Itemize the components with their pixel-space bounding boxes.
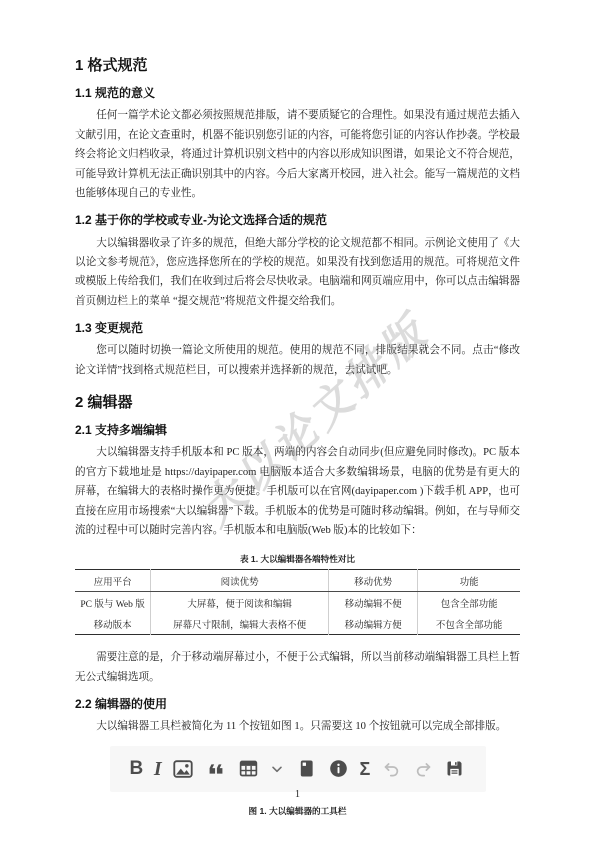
table-cell: 不包含全部功能 [418, 613, 520, 635]
book-icon [296, 757, 317, 781]
heading-section-2: 2 编辑器 [75, 393, 520, 413]
paragraph-1-2: 大以编辑器收录了许多的规范，但绝大部分学校的论文规范都不相同。示例论文使用了《大… [75, 234, 520, 312]
image-icon [172, 757, 194, 781]
comparison-table: 应用平台 阅读优势 移动优势 功能 PC 版与 Web 版 大屏幕，便于阅读和编… [75, 569, 520, 635]
figure-toolbar-image: B I [110, 746, 486, 792]
table-cell: 屏幕尺寸限制，编辑大表格不便 [151, 613, 329, 635]
table-header-mobility: 移动优势 [329, 570, 418, 592]
paragraph-after-table: 需要注意的是，介于移动端屏幕过小，不便于公式编辑，所以当前移动端编辑器工具栏上暂… [75, 648, 520, 687]
quote-icon [205, 757, 227, 781]
table-row: PC 版与 Web 版 大屏幕，便于阅读和编辑 移动编辑不便 包含全部功能 [75, 592, 520, 614]
table-cell: 移动版本 [75, 613, 151, 635]
table-row: 移动版本 屏幕尺寸限制，编辑大表格不便 移动编辑方便 不包含全部功能 [75, 613, 520, 635]
save-icon [444, 757, 465, 781]
formula-sigma-icon: Σ [360, 757, 371, 781]
heading-section-2-2: 2.2 编辑器的使用 [75, 696, 520, 712]
italic-icon: I [154, 757, 162, 781]
heading-section-1: 1 格式规范 [75, 56, 520, 76]
document-page: 大以论文排版 1 格式规范 1.1 规范的意义 任何一篇学术论文都必须按照规范排… [0, 0, 595, 842]
table-icon [238, 757, 259, 781]
chevron-down-icon [269, 757, 285, 781]
table-header-reading: 阅读优势 [151, 570, 329, 592]
heading-section-1-2: 1.2 基于你的学校或专业-为论文选择合适的规范 [75, 212, 520, 228]
table-cell: 大屏幕，便于阅读和编辑 [151, 592, 329, 614]
page-number: 1 [0, 789, 595, 800]
paragraph-1-1: 任何一篇学术论文都必须按照规范排版，请不要质疑它的合理性。如果没有通过规范去插入… [75, 106, 520, 203]
undo-icon [381, 757, 402, 781]
paragraph-2-1: 大以编辑器支持手机版本和 PC 版本，两端的内容会自动同步(但应避免同时修改)。… [75, 443, 520, 540]
heading-section-2-1: 2.1 支持多端编辑 [75, 422, 520, 438]
table-cell: 移动编辑方便 [329, 613, 418, 635]
info-icon [328, 757, 349, 781]
redo-icon [413, 757, 434, 781]
table-cell: PC 版与 Web 版 [75, 592, 151, 614]
table-header-function: 功能 [418, 570, 520, 592]
table-header-platform: 应用平台 [75, 570, 151, 592]
heading-section-1-3: 1.3 变更规范 [75, 320, 520, 336]
figure-caption: 图 1. 大以编辑器的工具栏 [75, 805, 520, 817]
table-header-row: 应用平台 阅读优势 移动优势 功能 [75, 570, 520, 592]
table-caption: 表 1. 大以编辑器各端特性对比 [75, 553, 520, 565]
table-cell: 移动编辑不便 [329, 592, 418, 614]
paragraph-2-2: 大以编辑器工具栏被简化为 11 个按钮如图 1。只需要这 10 个按钮就可以完成… [75, 717, 520, 736]
paragraph-1-3: 您可以随时切换一篇论文所使用的规范。使用的规范不同，排版结果就会不同。点击“修改… [75, 341, 520, 380]
bold-icon: B [130, 757, 144, 781]
table-cell: 包含全部功能 [418, 592, 520, 614]
heading-section-1-1: 1.1 规范的意义 [75, 85, 520, 101]
